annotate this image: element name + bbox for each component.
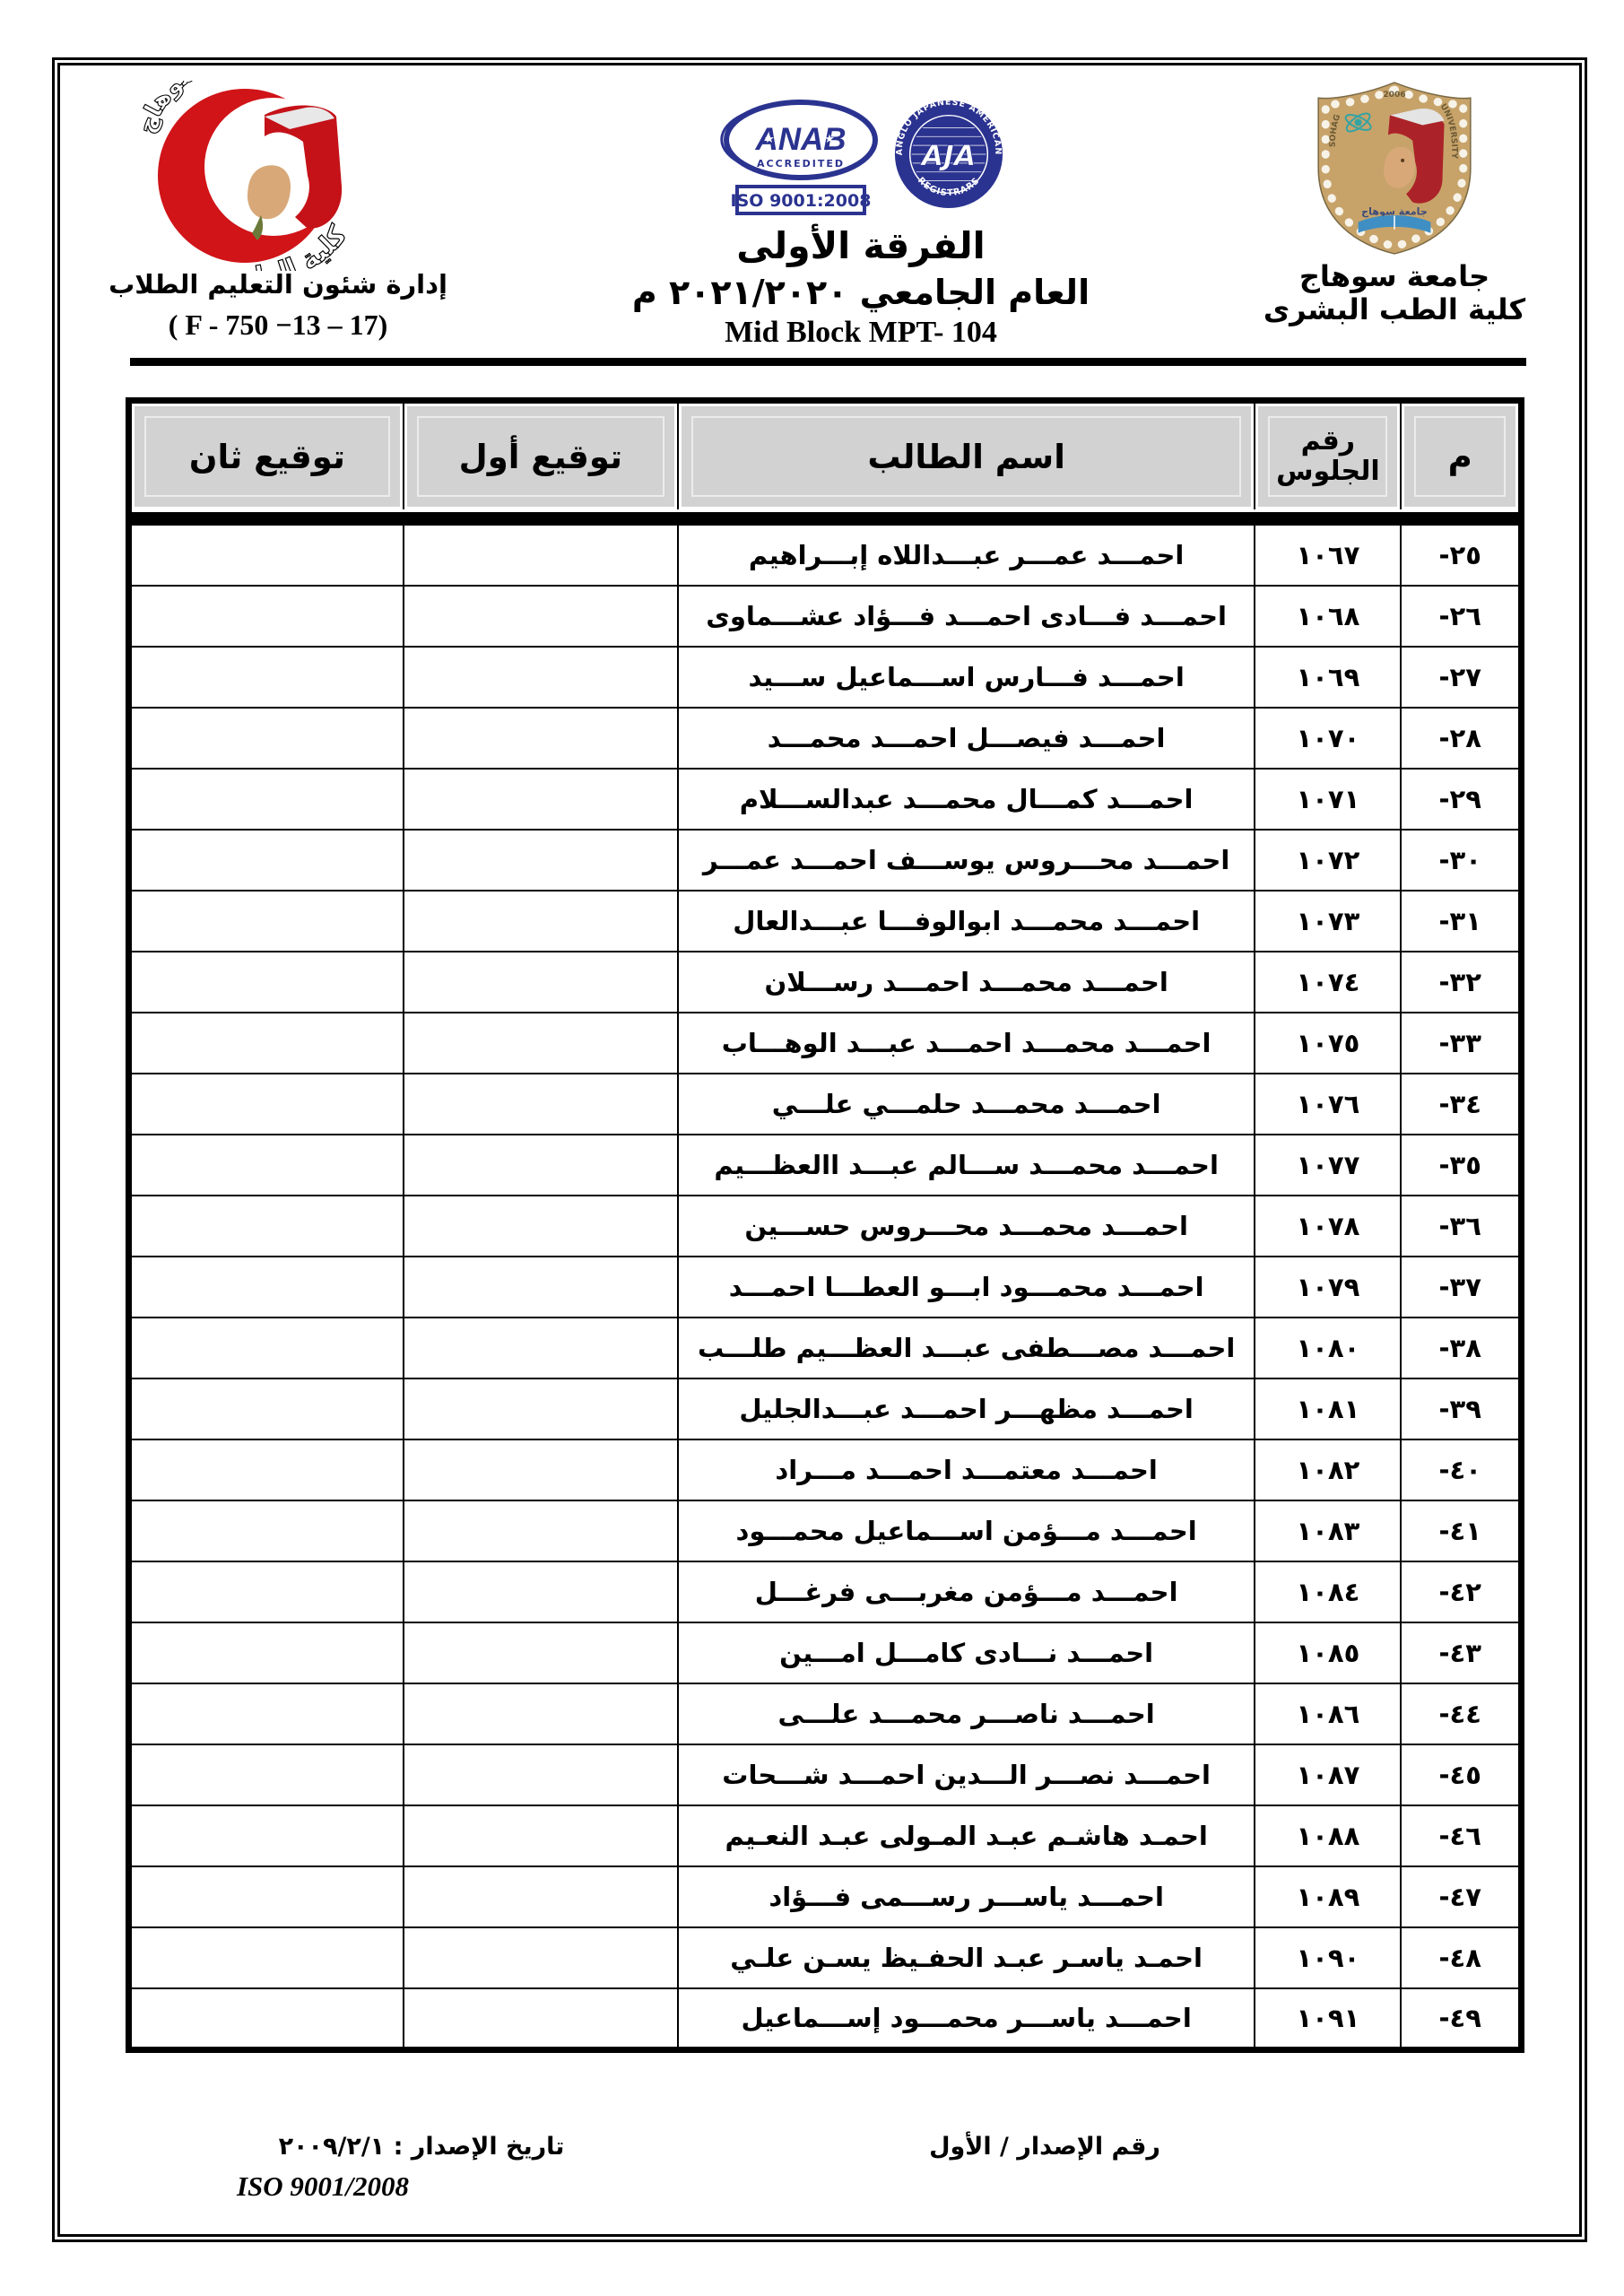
student-name-cell: احمـــد محمـــد احمـــد رســـلان [678, 952, 1255, 1013]
student-name-cell: احمـــد مـــؤمن اســـماعيل محمـــود [678, 1500, 1255, 1561]
anab-star-icon: ★ [764, 133, 775, 146]
first-signature-cell [404, 1927, 678, 1988]
student-name-cell: احمـد ياسـر عبـد الحفـيظ يسـن علـي [678, 1927, 1255, 1988]
table-row: ٣٤- ١٠٧٦ احمـــد محمـــد حلمـــي علـــي [129, 1074, 1522, 1135]
first-signature-cell [404, 1013, 678, 1074]
seat-number-cell: ١٠٨١ [1255, 1378, 1401, 1439]
seat-number-cell: ١٠٩١ [1255, 1988, 1401, 2049]
second-signature-cell [129, 1805, 404, 1866]
second-signature-cell [129, 1196, 404, 1257]
seat-number-cell: ١٠٧٦ [1255, 1074, 1401, 1135]
seat-number-cell: ١٠٨٢ [1255, 1439, 1401, 1500]
header-right-block: 2006 SOHAG UNIVERSITY جامعة سوهاج جامعة … [1246, 77, 1542, 326]
aja-logo: AJA ANGLO JAPANESE AMERICAN REGISTRARS [891, 97, 1006, 212]
first-signature-cell [404, 1196, 678, 1257]
student-name-cell: احمـــد محمـــد احمـــد عبـــد الوهـــاب [678, 1013, 1255, 1074]
student-name-cell: احمـد هاشـم عبـد المـولى عبـد النعـيم [678, 1805, 1255, 1866]
first-signature-cell [404, 891, 678, 952]
table-row: ٣٨- ١٠٨٠ احمـــد مصـــطفى عبـــد العظـــ… [129, 1318, 1522, 1378]
seat-number-cell: ١٠٦٨ [1255, 586, 1401, 647]
student-name-cell: احمـــد ناصـــر محمـــد علـــى [678, 1683, 1255, 1744]
aja-wordmark: AJA [919, 140, 976, 172]
first-signature-cell [404, 1439, 678, 1500]
anab-logo: ANAB ★ ★ ACCREDITED ISO 9001:2008 [716, 97, 886, 221]
issue-date-label: تاريخ الإصدار : ٢٠٠٩/٢/١ [269, 2133, 574, 2161]
student-name-cell: احمـــد معتمـــد احمـــد مـــراد [678, 1439, 1255, 1500]
col-header-seat-number: رقم الجلوس [1255, 401, 1401, 511]
first-signature-cell [404, 1988, 678, 2049]
table-row: ٢٦- ١٠٦٨ احمـــد فـــادى احمـــد فـــؤاد… [129, 586, 1522, 647]
row-index-cell: ٤٢- [1401, 1561, 1521, 1622]
first-signature-cell [404, 708, 678, 769]
second-signature-cell [129, 952, 404, 1013]
page-title: الفرقة الأولى [574, 224, 1148, 267]
seat-number-cell: ١٠٨٧ [1255, 1744, 1401, 1805]
seat-number-cell: ١٠٨٩ [1255, 1866, 1401, 1927]
header-center-block: ANAB ★ ★ ACCREDITED ISO 9001:2008 AJA [574, 97, 1148, 350]
table-header-row: م رقم الجلوس اسم الطالب توقيع أول توقيع … [129, 401, 1522, 511]
second-signature-cell [129, 708, 404, 769]
first-signature-cell [404, 1500, 678, 1561]
second-signature-cell [129, 1257, 404, 1318]
seat-number-cell: ١٠٧٣ [1255, 891, 1401, 952]
accreditation-logos: ANAB ★ ★ ACCREDITED ISO 9001:2008 AJA [574, 97, 1148, 221]
table-row: ٣٠- ١٠٧٢ احمـــد محـــروس يوســـف احمـــ… [129, 830, 1522, 891]
seat-number-cell: ١٠٦٩ [1255, 647, 1401, 708]
faculty-name: كلية الطب البشرى [1246, 293, 1542, 326]
seat-number-cell: ١٠٨٣ [1255, 1500, 1401, 1561]
second-signature-cell [129, 1988, 404, 2049]
table-row: ٢٥- ١٠٦٧ احمـــد عمـــر عبـــداللاه إبــ… [129, 525, 1522, 586]
second-signature-cell [129, 586, 404, 647]
table-row: ٤٨- ١٠٩٠ احمـد ياسـر عبـد الحفـيظ يسـن ع… [129, 1927, 1522, 1988]
second-signature-cell [129, 891, 404, 952]
first-signature-cell [404, 1074, 678, 1135]
student-name-cell: احمـــد مـــؤمن مغربـــى فرغـــل [678, 1561, 1255, 1622]
second-signature-cell [129, 1074, 404, 1135]
first-signature-cell [404, 1622, 678, 1683]
row-index-cell: ٤٦- [1401, 1805, 1521, 1866]
academic-year-title: العام الجامعي ٢٠٢١/٢٠٢٠ م [574, 273, 1148, 312]
row-index-cell: ٣٤- [1401, 1074, 1521, 1135]
seat-number-cell: ١٠٧٩ [1255, 1257, 1401, 1318]
second-signature-cell [129, 1561, 404, 1622]
seat-number-cell: ١٠٧٧ [1255, 1135, 1401, 1196]
row-index-cell: ٢٨- [1401, 708, 1521, 769]
col-header-second-signature: توقيع ثان [129, 401, 404, 511]
seat-number-cell: ١٠٧٤ [1255, 952, 1401, 1013]
second-signature-cell [129, 1013, 404, 1074]
second-signature-cell [129, 1866, 404, 1927]
student-name-cell: احمـــد محمـــد حلمـــي علـــي [678, 1074, 1255, 1135]
second-signature-cell [129, 1927, 404, 1988]
table-row: ٣٢- ١٠٧٤ احمـــد محمـــد احمـــد رســـلا… [129, 952, 1522, 1013]
table-row: ٣٣- ١٠٧٥ احمـــد محمـــد احمـــد عبـــد … [129, 1013, 1522, 1074]
row-index-cell: ٤٧- [1401, 1866, 1521, 1927]
first-signature-cell [404, 1744, 678, 1805]
student-name-cell: احمـــد ياســـر محمـــود إســـماعيل [678, 1988, 1255, 2049]
seat-number-cell: ١٠٨٠ [1255, 1318, 1401, 1378]
table-row: ٣٦- ١٠٧٨ احمـــد محمـــد محـــروس حســـي… [129, 1196, 1522, 1257]
col-header-index: م [1401, 401, 1521, 511]
student-name-cell: احمـــد نصـــر الـــدين احمـــد شـــحات [678, 1744, 1255, 1805]
student-name-cell: احمـــد فـــارس اســـماعيل ســـيد [678, 647, 1255, 708]
first-signature-cell [404, 525, 678, 586]
table-row: ٤٧- ١٠٨٩ احمـــد ياســـر رســـمى فـــؤاد [129, 1866, 1522, 1927]
seat-number-cell: ١٠٧١ [1255, 769, 1401, 830]
shield-year-label: 2006 [1383, 91, 1405, 100]
iso-standard-label: ISO 9001/2008 [206, 2170, 439, 2203]
row-index-cell: ٣٢- [1401, 952, 1521, 1013]
first-signature-cell [404, 1378, 678, 1439]
second-signature-cell [129, 1622, 404, 1683]
table-row: ٢٩- ١٠٧١ احمـــد كمـــال محمـــد عبدالسـ… [129, 769, 1522, 830]
student-name-cell: احمـــد محـــروس يوســـف احمـــد عمـــر [678, 830, 1255, 891]
first-signature-cell [404, 647, 678, 708]
second-signature-cell [129, 1378, 404, 1439]
first-signature-cell [404, 1135, 678, 1196]
row-index-cell: ٣٣- [1401, 1013, 1521, 1074]
table-row: ٢٧- ١٠٦٩ احمـــد فـــارس اســـماعيل ســـ… [129, 647, 1522, 708]
table-row: ٤٣- ١٠٨٥ احمـــد نـــادى كامـــل امـــين [129, 1622, 1522, 1683]
faculty-crescent-logo: جامعة سوهاج كلية الطب [130, 81, 399, 271]
first-signature-cell [404, 1683, 678, 1744]
second-signature-cell [129, 1439, 404, 1500]
header-separator-band [129, 511, 1522, 526]
row-index-cell: ٣٥- [1401, 1135, 1521, 1196]
second-signature-cell [129, 1500, 404, 1561]
department-label: إدارة شئون التعليم الطلاب [90, 269, 466, 300]
student-name-cell: احمـــد محمـــود ابـــو العطـــا احمـــد [678, 1257, 1255, 1318]
university-shield-logo: 2006 SOHAG UNIVERSITY جامعة سوهاج [1300, 77, 1489, 258]
row-index-cell: ٤١- [1401, 1500, 1521, 1561]
first-signature-cell [404, 952, 678, 1013]
seat-number-cell: ١٠٨٥ [1255, 1622, 1401, 1683]
issue-number-label: رقم الإصدار / الأول [897, 2133, 1193, 2161]
second-signature-cell [129, 1744, 404, 1805]
student-name-cell: احمـــد محمـــد ســـالم عبـــد االعظـــي… [678, 1135, 1255, 1196]
row-index-cell: ٣٠- [1401, 830, 1521, 891]
table-row: ٣٧- ١٠٧٩ احمـــد محمـــود ابـــو العطـــ… [129, 1257, 1522, 1318]
anab-star2-icon: ★ [824, 133, 835, 146]
row-index-cell: ٢٩- [1401, 769, 1521, 830]
second-signature-cell [129, 525, 404, 586]
table-row: ٣٥- ١٠٧٧ احمـــد محمـــد ســـالم عبـــد … [129, 1135, 1522, 1196]
seat-number-cell: ١٠٨٦ [1255, 1683, 1401, 1744]
col-header-student-name: اسم الطالب [678, 401, 1255, 511]
first-signature-cell [404, 1257, 678, 1318]
row-index-cell: ٤٠- [1401, 1439, 1521, 1500]
row-index-cell: ٣١- [1401, 891, 1521, 952]
second-signature-cell [129, 1683, 404, 1744]
second-signature-cell [129, 769, 404, 830]
student-name-cell: احمـــد مصـــطفى عبـــد العظـــيم طلـــب [678, 1318, 1255, 1378]
second-signature-cell [129, 830, 404, 891]
table-row: ٣١- ١٠٧٣ احمـــد محمـــد ابوالوفـــا عبـ… [129, 891, 1522, 952]
row-index-cell: ٤٥- [1401, 1744, 1521, 1805]
first-signature-cell [404, 1318, 678, 1378]
student-name-cell: احمـــد محمـــد محـــروس حســـين [678, 1196, 1255, 1257]
seat-number-cell: ١٠٨٤ [1255, 1561, 1401, 1622]
table-row: ٤١- ١٠٨٣ احمـــد مـــؤمن اســـماعيل محمـ… [129, 1500, 1522, 1561]
attendance-table: م رقم الجلوس اسم الطالب توقيع أول توقيع … [126, 397, 1524, 2053]
second-signature-cell [129, 1135, 404, 1196]
anab-iso-label: ISO 9001:2008 [731, 191, 872, 211]
student-name-cell: احمـــد فيصـــل احمـــد محمـــد [678, 708, 1255, 769]
header-divider-rule [130, 358, 1526, 366]
row-index-cell: ٣٧- [1401, 1257, 1521, 1318]
table-row: ٤٢- ١٠٨٤ احمـــد مـــؤمن مغربـــى فرغـــ… [129, 1561, 1522, 1622]
student-name-cell: احمـــد محمـــد ابوالوفـــا عبـــدالعال [678, 891, 1255, 952]
anab-accredited-label: ACCREDITED [757, 158, 845, 170]
row-index-cell: ٤٨- [1401, 1927, 1521, 1988]
student-name-cell: احمـــد ياســـر رســـمى فـــؤاد [678, 1866, 1255, 1927]
table-row: ٤٤- ١٠٨٦ احمـــد ناصـــر محمـــد علـــى [129, 1683, 1522, 1744]
row-index-cell: ٢٧- [1401, 647, 1521, 708]
row-index-cell: ٣٩- [1401, 1378, 1521, 1439]
row-index-cell: ٣٨- [1401, 1318, 1521, 1378]
table-row: ٤٥- ١٠٨٧ احمـــد نصـــر الـــدين احمـــد… [129, 1744, 1522, 1805]
seat-number-cell: ١٠٧٠ [1255, 708, 1401, 769]
seat-number-cell: ١٠٧٥ [1255, 1013, 1401, 1074]
col-header-first-signature: توقيع أول [404, 401, 678, 511]
first-signature-cell [404, 830, 678, 891]
second-signature-cell [129, 1318, 404, 1378]
row-index-cell: ٣٦- [1401, 1196, 1521, 1257]
block-title: Mid Block MPT- 104 [574, 316, 1148, 350]
first-signature-cell [404, 1805, 678, 1866]
row-index-cell: ٤٤- [1401, 1683, 1521, 1744]
table-row: ٣٩- ١٠٨١ احمـــد مظهـــر احمـــد عبـــدا… [129, 1378, 1522, 1439]
second-signature-cell [129, 647, 404, 708]
seat-number-cell: ١٠٧٨ [1255, 1196, 1401, 1257]
first-signature-cell [404, 1561, 678, 1622]
first-signature-cell [404, 769, 678, 830]
first-signature-cell [404, 1866, 678, 1927]
university-name: جامعة سوهاج [1246, 260, 1542, 293]
student-name-cell: احمـــد نـــادى كامـــل امـــين [678, 1622, 1255, 1683]
student-name-cell: احمـــد مظهـــر احمـــد عبـــدالجليل [678, 1378, 1255, 1439]
table-row: ٤٠- ١٠٨٢ احمـــد معتمـــد احمـــد مـــرا… [129, 1439, 1522, 1500]
row-index-cell: ٤٣- [1401, 1622, 1521, 1683]
seat-number-cell: ١٠٧٢ [1255, 830, 1401, 891]
scanned-attendance-sheet: { "header": { "left": { "department": "إ… [0, 0, 1624, 2296]
student-name-cell: احمـــد فـــادى احمـــد فـــؤاد عشـــماو… [678, 586, 1255, 647]
student-name-cell: احمـــد كمـــال محمـــد عبدالســـلام [678, 769, 1255, 830]
table-row: ٤٩- ١٠٩١ احمـــد ياســـر محمـــود إســـم… [129, 1988, 1522, 2049]
student-name-cell: احمـــد عمـــر عبـــداللاه إبـــراهيم [678, 525, 1255, 586]
row-index-cell: ٢٥- [1401, 525, 1521, 586]
first-signature-cell [404, 586, 678, 647]
seat-number-cell: ١٠٦٧ [1255, 525, 1401, 586]
seat-number-cell: ١٠٨٨ [1255, 1805, 1401, 1866]
form-code: ( F - 750 −13 – 17) [90, 309, 466, 342]
row-index-cell: ٤٩- [1401, 1988, 1521, 2049]
seat-number-cell: ١٠٩٠ [1255, 1927, 1401, 1988]
row-index-cell: ٢٦- [1401, 586, 1521, 647]
table-row: ٤٦- ١٠٨٨ احمـد هاشـم عبـد المـولى عبـد ا… [129, 1805, 1522, 1866]
table-row: ٢٨- ١٠٧٠ احمـــد فيصـــل احمـــد محمـــد [129, 708, 1522, 769]
